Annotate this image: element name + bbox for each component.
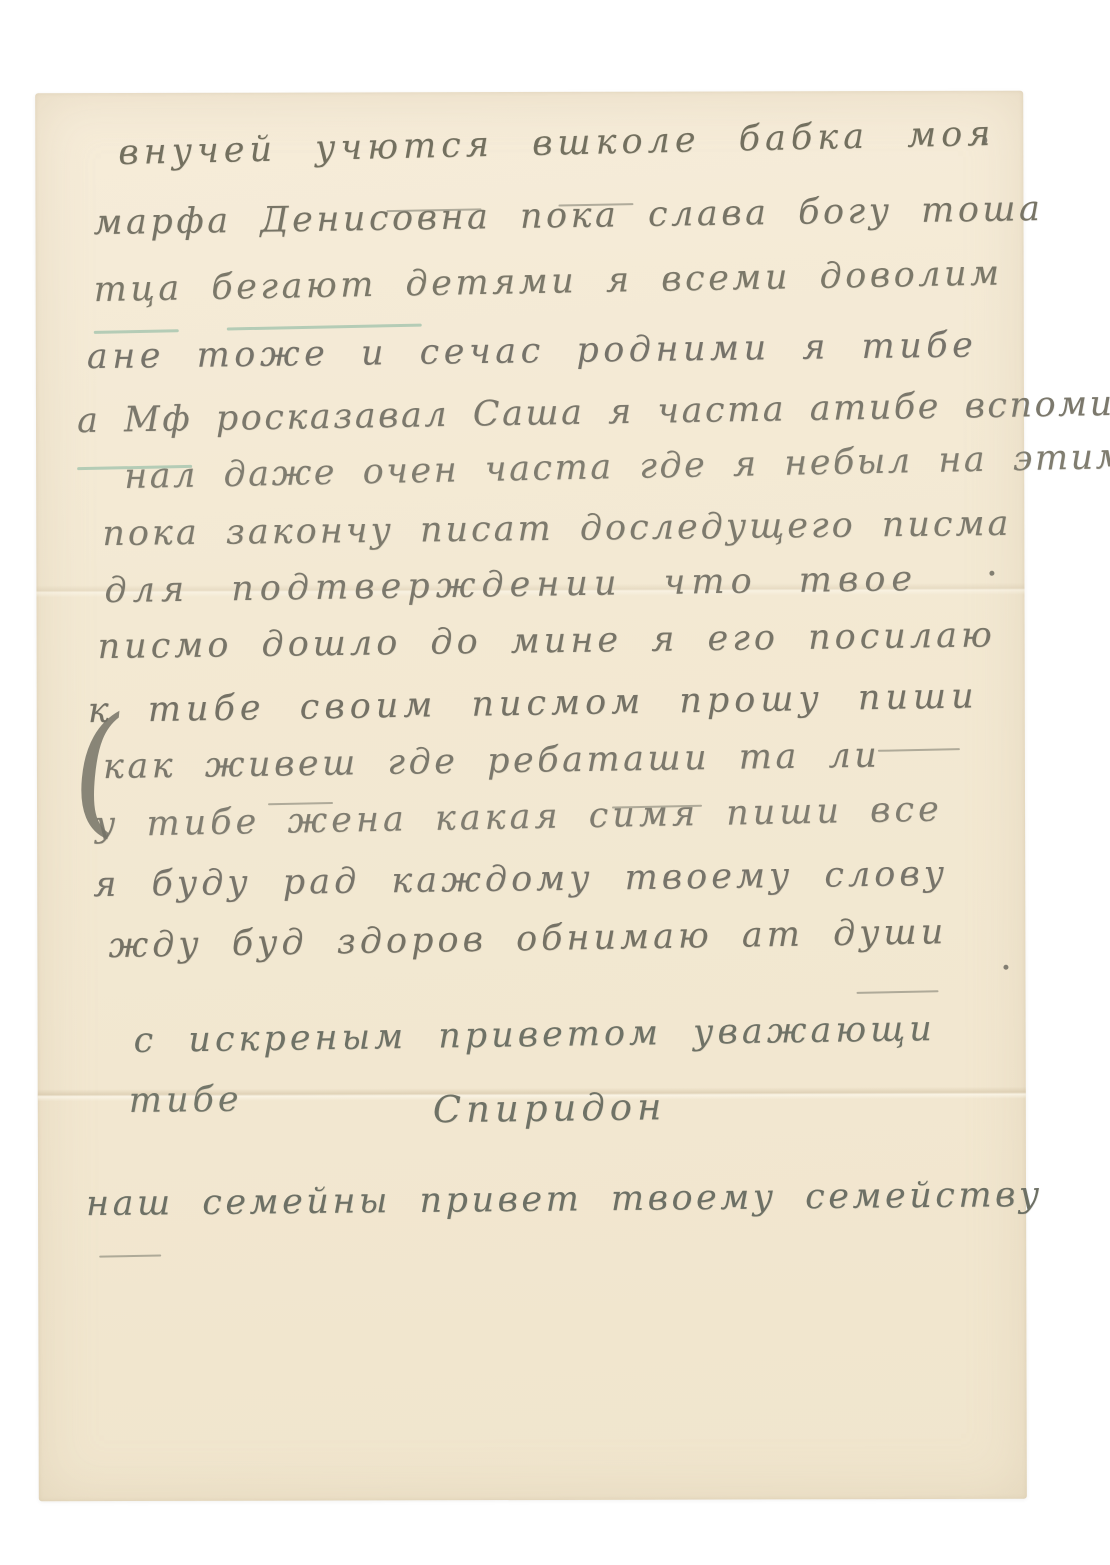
handwritten-line: как живеш где ребаташи та ли (103, 736, 881, 788)
ink-dot (989, 571, 994, 576)
letter-paper: внучей учются вшколе бабка моя марфа Ден… (35, 91, 1027, 1502)
handwritten-line: марфа Денисовна пока слава богу тоша (93, 189, 1043, 243)
handwritten-line: тца бегают детями я всеми доволим (93, 253, 1003, 310)
handwritten-line: для подтверждении что твое (104, 559, 918, 611)
postscript-line: наш семейны привет твоему семейству (86, 1175, 1043, 1224)
handwritten-line: жду буд здоров обнимаю ат души (108, 912, 947, 966)
handwritten-line: нал даже очен часта где я небыл на этим (124, 437, 1110, 497)
handwritten-line: у тибе жена какая симя пиши все (95, 790, 943, 846)
handwritten-line: с искреным приветом уважающи (133, 1009, 936, 1061)
letter-scan: внучей учются вшколе бабка моя марфа Ден… (0, 0, 1110, 1565)
pencil-underline (878, 748, 960, 752)
teal-underline (94, 329, 179, 334)
pencil-underline (99, 1254, 161, 1257)
signature: Спиридон (433, 1085, 667, 1131)
handwritten-line: писмо дошло до мине я его посилаю (97, 615, 996, 667)
handwritten-line: ане тоже и сечас родними я тибе (87, 326, 978, 378)
handwritten-line: к тибе своим писмом прошу пиши (87, 676, 979, 731)
handwritten-line: пока закончу писат доследущего писма (102, 504, 1012, 554)
ink-dot (1003, 965, 1008, 970)
teal-underline (227, 324, 422, 331)
handwritten-line: внучей учются вшколе бабка моя (118, 114, 996, 173)
handwritten-line: а Мф росказавал Саша я часта атибе вспом… (77, 384, 1110, 441)
closing-word: тибе (129, 1080, 243, 1121)
ink-dot (983, 137, 987, 144)
pencil-underline (857, 990, 939, 994)
handwritten-line: я буду рад каждому твоему слову (93, 854, 948, 905)
